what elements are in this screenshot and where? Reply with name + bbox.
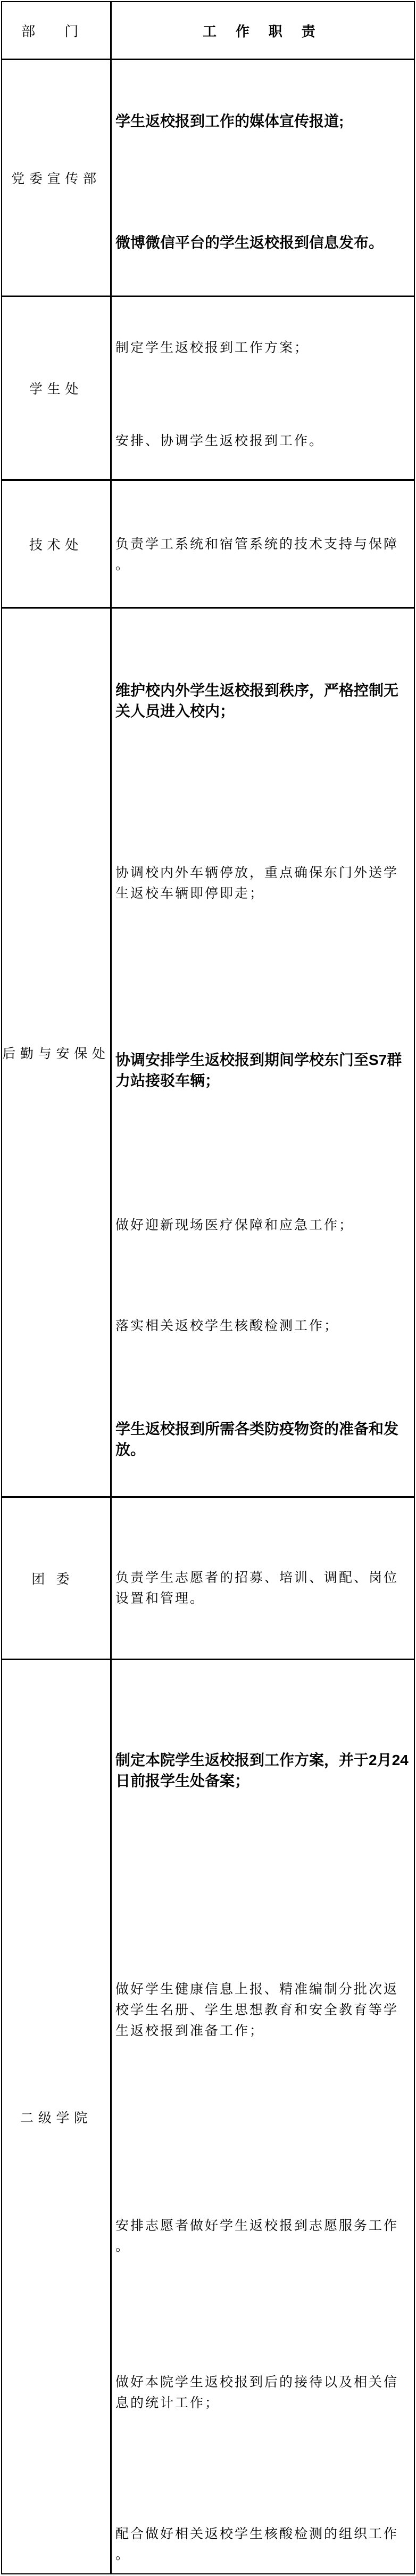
responsibility-item: 负责学工系统和宿管系统的技术支持与保障。 bbox=[115, 534, 414, 575]
responsibilities-cell: 负责学生志愿者的招募、培训、调配、岗位设置和管理。 bbox=[112, 1498, 414, 1659]
responsibility-item: 做好迎新现场医疗保障和应急工作； bbox=[115, 1215, 414, 1235]
responsibilities-cell: 学生返校报到工作的媒体宣传报道;微博微信平台的学生返校报到信息发布。 bbox=[112, 60, 414, 296]
responsibility-item: 学生返校报到工作的媒体宣传报道; bbox=[115, 111, 414, 132]
table-row: 二级学院制定本院学生返校报到工作方案，并于2月24日前报学生处备案；做好学生健康… bbox=[2, 1659, 414, 2573]
table-row: 技术处负责学工系统和宿管系统的技术支持与保障。 bbox=[2, 479, 414, 607]
responsibility-item: 制定学生返校报到工作方案； bbox=[115, 337, 414, 358]
department-cell: 二级学院 bbox=[2, 1660, 112, 2573]
responsibility-item: 做好学生健康信息上报、精准编制分批次返校学生名册、学生思想教育和安全教育等学生返… bbox=[115, 1979, 414, 2041]
department-cell: 党委宣传部 bbox=[2, 60, 112, 296]
responsibilities-table: 部 门 工 作 职 责 党委宣传部学生返校报到工作的媒体宣传报道;微博微信平台的… bbox=[1, 1, 415, 2574]
responsibilities-cell: 维护校内外学生返校报到秩序，严格控制无关人员进入校内；协调校内外车辆停放，重点确… bbox=[112, 609, 414, 1496]
responsibilities-cell: 制定学生返校报到工作方案；安排、协调学生返校报到工作。 bbox=[112, 297, 414, 479]
department-cell: 技术处 bbox=[2, 481, 112, 607]
responsibility-item: 负责学生志愿者的招募、培训、调配、岗位设置和管理。 bbox=[115, 1567, 414, 1609]
table-rows: 党委宣传部学生返校报到工作的媒体宣传报道;微博微信平台的学生返校报到信息发布。学… bbox=[2, 59, 414, 2573]
header-department: 部 门 bbox=[2, 2, 112, 59]
table-row: 团委负责学生志愿者的招募、培训、调配、岗位设置和管理。 bbox=[2, 1496, 414, 1659]
responsibility-item: 落实相关返校学生核酸检测工作； bbox=[115, 1315, 414, 1336]
responsibility-item: 做好本院学生返校报到后的接待以及相关信息的统计工作； bbox=[115, 2372, 414, 2413]
table-row: 学生处制定学生返校报到工作方案；安排、协调学生返校报到工作。 bbox=[2, 296, 414, 479]
responsibility-item: 微博微信平台的学生返校报到信息发布。 bbox=[115, 232, 414, 253]
header-responsibilities: 工 作 职 责 bbox=[112, 2, 414, 59]
responsibilities-cell: 负责学工系统和宿管系统的技术支持与保障。 bbox=[112, 481, 414, 607]
responsibility-item: 协调校内外车辆停放，重点确保东门外送学生返校车辆即停即走； bbox=[115, 862, 414, 904]
department-cell: 学生处 bbox=[2, 297, 112, 479]
department-cell: 团委 bbox=[2, 1498, 112, 1659]
responsibility-item: 学生返校报到所需各类防疫物资的准备和发放。 bbox=[115, 1418, 414, 1460]
responsibility-item: 安排、协调学生返校报到工作。 bbox=[115, 430, 414, 451]
responsibility-item: 配合做好相关返校学生核酸检测的组织工作。 bbox=[115, 2523, 414, 2565]
table-row: 后勤与安保处维护校内外学生返校报到秩序，严格控制无关人员进入校内；协调校内外车辆… bbox=[2, 607, 414, 1496]
table-header-row: 部 门 工 作 职 责 bbox=[2, 2, 414, 59]
department-cell: 后勤与安保处 bbox=[2, 609, 112, 1496]
responsibility-item: 协调安排学生返校报到期间学校东门至S7群力站接驳车辆； bbox=[115, 1049, 414, 1091]
responsibilities-cell: 制定本院学生返校报到工作方案，并于2月24日前报学生处备案；做好学生健康信息上报… bbox=[112, 1660, 414, 2573]
responsibility-item: 维护校内外学生返校报到秩序，严格控制无关人员进入校内； bbox=[115, 680, 414, 721]
table-row: 党委宣传部学生返校报到工作的媒体宣传报道;微博微信平台的学生返校报到信息发布。 bbox=[2, 59, 414, 296]
responsibility-item: 安排志愿者做好学生返校报到志愿服务工作。 bbox=[115, 2215, 414, 2257]
responsibility-item: 制定本院学生返校报到工作方案，并于2月24日前报学生处备案； bbox=[115, 1750, 414, 1791]
